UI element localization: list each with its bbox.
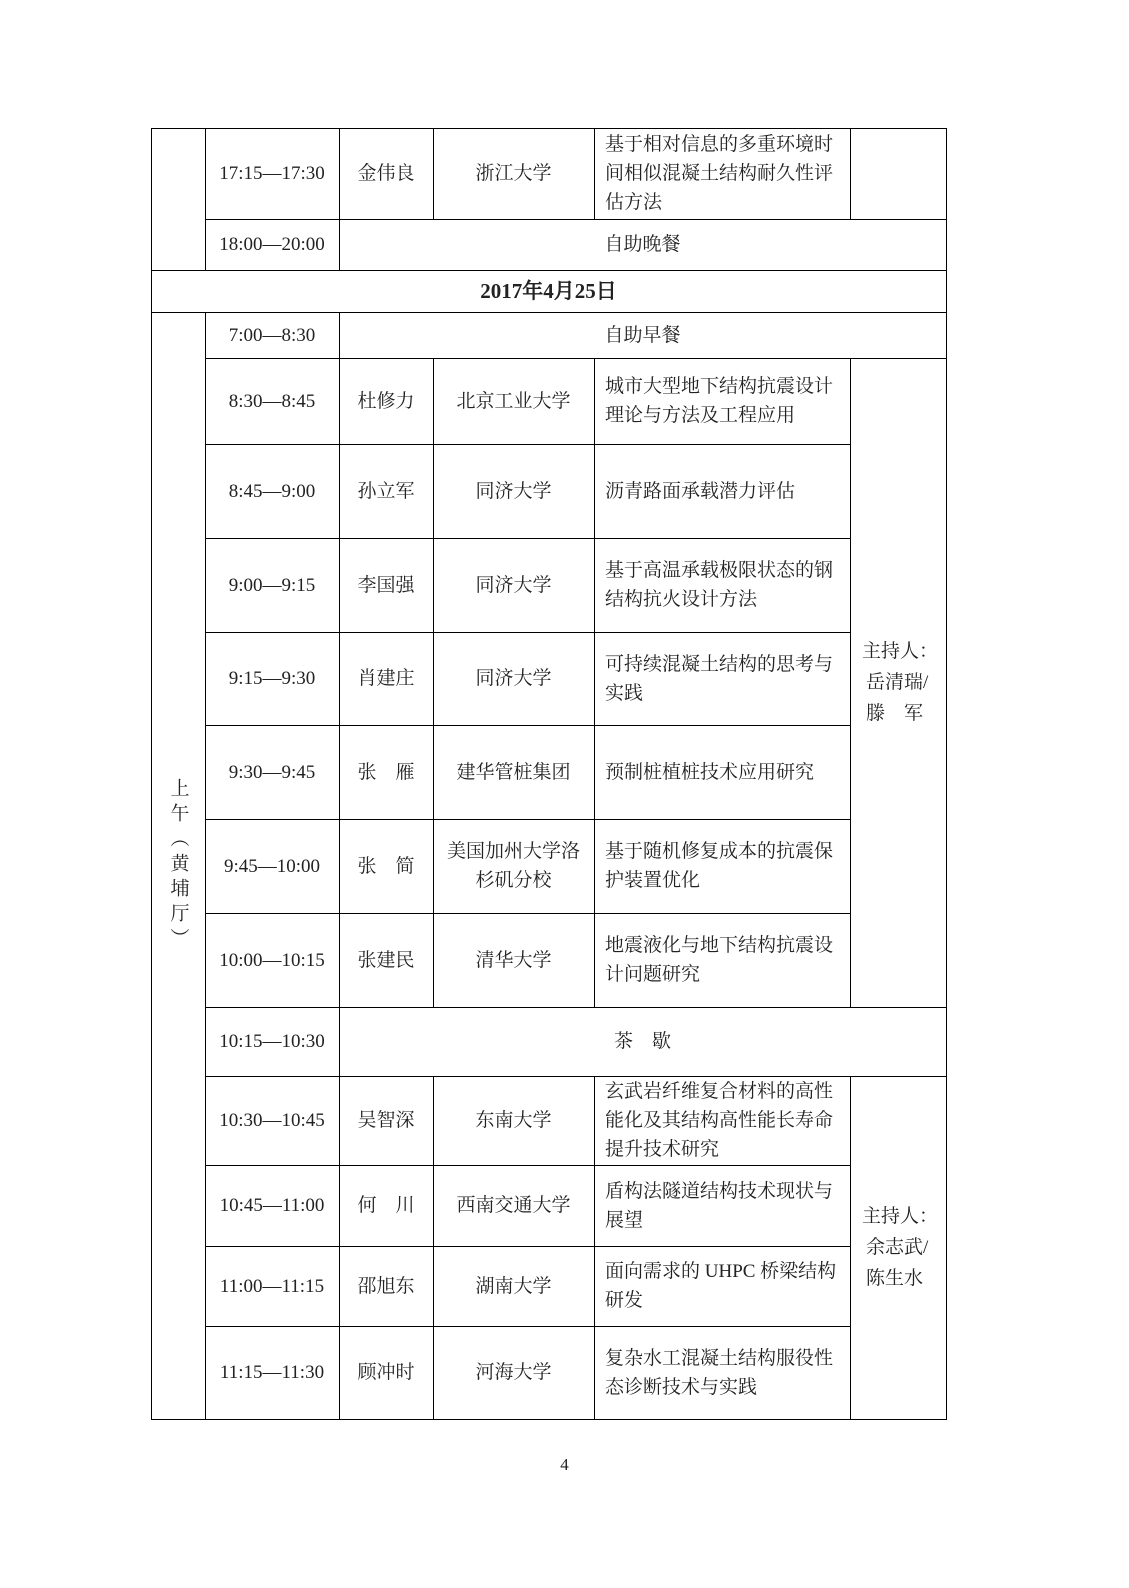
affiliation-cell: 美国加州大学洛杉矶分校 [433,819,594,913]
event-cell: 茶 歇 [339,1007,946,1076]
time-cell: 9:30—9:45 [205,725,339,819]
host-names: 滕 军 [862,698,923,729]
time-cell: 10:00—10:15 [205,913,339,1007]
time-cell: 9:00—9:15 [205,538,339,632]
table-border-right [946,128,947,1420]
affiliation-cell: 清华大学 [433,913,594,1007]
time-cell: 17:15—17:30 [205,128,339,219]
affiliation-cell: 浙江大学 [433,128,594,219]
page-number: 4 [0,1455,1129,1475]
topic-cell: 基于随机修复成本的抗震保护装置优化 [594,819,850,913]
event-cell: 自助晚餐 [339,219,946,270]
speaker-cell: 张 简 [339,819,433,913]
topic-cell: 复杂水工混凝土结构服役性态诊断技术与实践 [594,1326,850,1419]
time-cell: 10:45—11:00 [205,1165,339,1246]
speaker-cell: 邵旭东 [339,1246,433,1326]
event-cell: 自助早餐 [339,312,946,358]
host-names: 岳清瑞/ [862,667,928,698]
topic-cell: 面向需求的 UHPC 桥梁结构研发 [594,1246,850,1326]
speaker-cell: 金伟良 [339,128,433,219]
time-cell: 8:45—9:00 [205,444,339,538]
time-cell: 8:30—8:45 [205,358,339,444]
affiliation-cell: 河海大学 [433,1326,594,1419]
affiliation-cell: 同济大学 [433,444,594,538]
topic-cell: 玄武岩纤维复合材料的高性能化及其结构高性能长寿命提升技术研究 [594,1076,850,1165]
host-cell: 主持人： 岳清瑞/ 滕 军 [850,358,946,1007]
time-cell: 9:15—9:30 [205,632,339,725]
time-cell: 10:15—10:30 [205,1007,339,1076]
time-cell: 11:15—11:30 [205,1326,339,1419]
speaker-cell: 孙立军 [339,444,433,538]
time-cell: 18:00—20:00 [205,219,339,270]
host-cell: 主持人： 余志武/ 陈生水 [850,1076,946,1419]
date-header: 2017年4月25日 [151,270,946,312]
speaker-cell: 顾冲时 [339,1326,433,1419]
time-cell: 11:00—11:15 [205,1246,339,1326]
time-cell: 10:30—10:45 [205,1076,339,1165]
time-cell: 9:45—10:00 [205,819,339,913]
host-label: 主持人： [862,1201,938,1232]
affiliation-cell: 北京工业大学 [433,358,594,444]
session-label-cell: 上午（黄埔厅） [151,312,205,1419]
host-label: 主持人： [862,636,938,667]
affiliation-cell: 西南交通大学 [433,1165,594,1246]
topic-cell: 预制桩植桩技术应用研究 [594,725,850,819]
affiliation-cell: 东南大学 [433,1076,594,1165]
speaker-cell: 张建民 [339,913,433,1007]
topic-cell: 基于相对信息的多重环境时间相似混凝土结构耐久性评估方法 [594,128,850,219]
speaker-cell: 张 雁 [339,725,433,819]
topic-cell: 地震液化与地下结构抗震设计问题研究 [594,913,850,1007]
topic-cell: 基于高温承载极限状态的钢结构抗火设计方法 [594,538,850,632]
affiliation-cell: 建华管桩集团 [433,725,594,819]
affiliation-cell: 同济大学 [433,538,594,632]
time-cell: 7:00—8:30 [205,312,339,358]
speaker-cell: 杜修力 [339,358,433,444]
affiliation-cell: 湖南大学 [433,1246,594,1326]
topic-cell: 盾构法隧道结构技术现状与展望 [594,1165,850,1246]
document-page: 17:15—17:30 金伟良 浙江大学 基于相对信息的多重环境时间相似混凝土结… [0,0,1129,1588]
topic-cell: 城市大型地下结构抗震设计理论与方法及工程应用 [594,358,850,444]
table-border-bottom [151,1419,947,1420]
table-divider [850,128,851,219]
topic-cell: 可持续混凝土结构的思考与实践 [594,632,850,725]
speaker-cell: 吴智深 [339,1076,433,1165]
speaker-cell: 肖建庄 [339,632,433,725]
host-names: 余志武/ [862,1232,928,1263]
topic-cell: 沥青路面承载潜力评估 [594,444,850,538]
host-names: 陈生水 [862,1263,923,1294]
speaker-cell: 何 川 [339,1165,433,1246]
session-label: 上午（黄埔厅） [164,778,193,953]
speaker-cell: 李国强 [339,538,433,632]
affiliation-cell: 同济大学 [433,632,594,725]
